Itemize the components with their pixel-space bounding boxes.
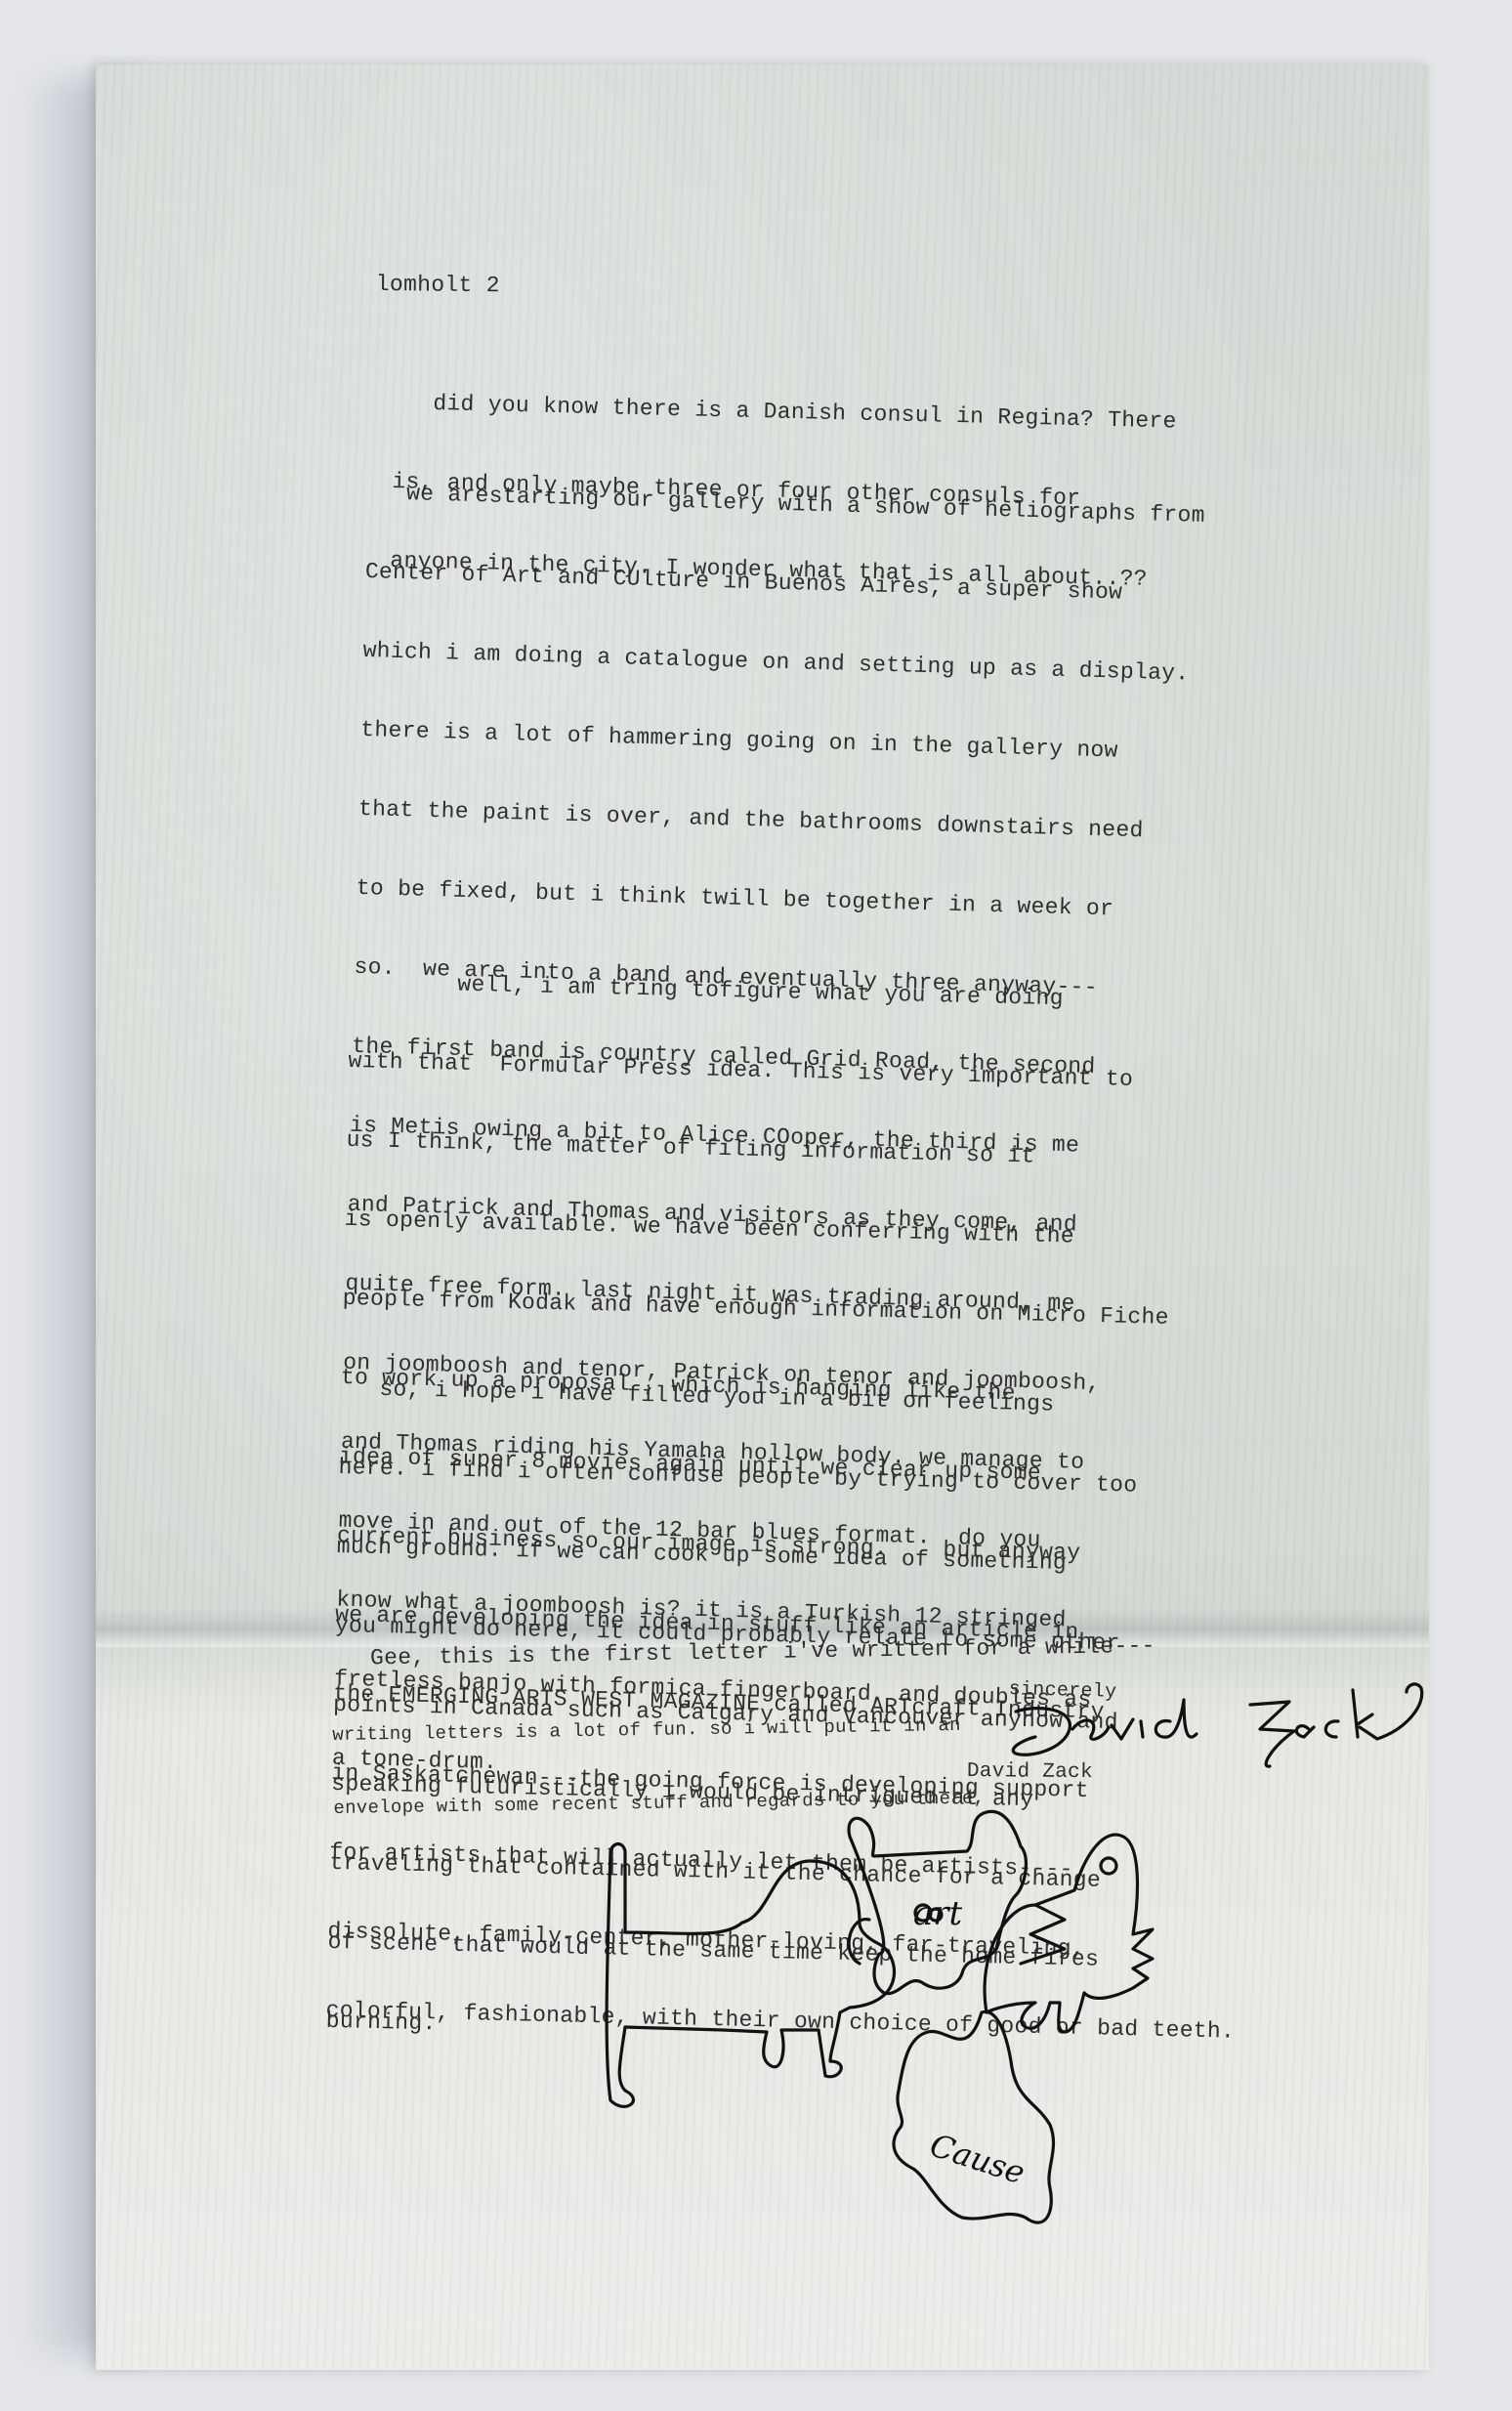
text-line: burning. bbox=[325, 2009, 1124, 2053]
text-line: of scene that would at the same time kee… bbox=[327, 1929, 1126, 1974]
text-line: envelope with some recent stuff and rega… bbox=[333, 1786, 1157, 1819]
text-line: which i am doing a catalogue on and sett… bbox=[362, 638, 1200, 688]
paragraph-5: Gee, this is the first letter i've writt… bbox=[330, 1581, 1158, 1845]
text-line: traveling that contained with it the cha… bbox=[329, 1850, 1128, 1895]
text-line: Center of Art and CUlture in Buenos Aire… bbox=[364, 559, 1202, 609]
text-line: here. i find i often confuse people by t… bbox=[338, 1455, 1137, 1500]
text-line: that the paint is over, and the bathroom… bbox=[358, 796, 1197, 846]
text-line: to be fixed, but i think twill be togeth… bbox=[356, 875, 1194, 925]
text-line: with that Formular Press idea. This is v… bbox=[348, 1048, 1257, 1096]
text-line: Gee, this is the first letter i've writt… bbox=[331, 1633, 1155, 1672]
text-line: much ground. if we can cook up some idea… bbox=[336, 1534, 1135, 1579]
page-header: lomholt 2 bbox=[376, 272, 500, 299]
text-line: we arestarting our gallery with a show o… bbox=[367, 480, 1205, 529]
text-line: writing letters is a lot of fun. so i wi… bbox=[332, 1713, 1156, 1746]
text-line: there is a lot of hammering going on in … bbox=[360, 717, 1198, 767]
text-line: so, i hope i have filled you in a bit on… bbox=[340, 1375, 1139, 1420]
text-line: did you know there is a Danish consul in… bbox=[394, 390, 1177, 436]
text-line: us I think, the matter of filing informa… bbox=[346, 1127, 1255, 1175]
text-line: well, i am tring tofigure what you are d… bbox=[350, 969, 1259, 1017]
closing: sincerely bbox=[1008, 1678, 1116, 1705]
text-line: is openly available. we have been confer… bbox=[344, 1206, 1253, 1254]
typed-name: David Zack bbox=[967, 1758, 1093, 1786]
